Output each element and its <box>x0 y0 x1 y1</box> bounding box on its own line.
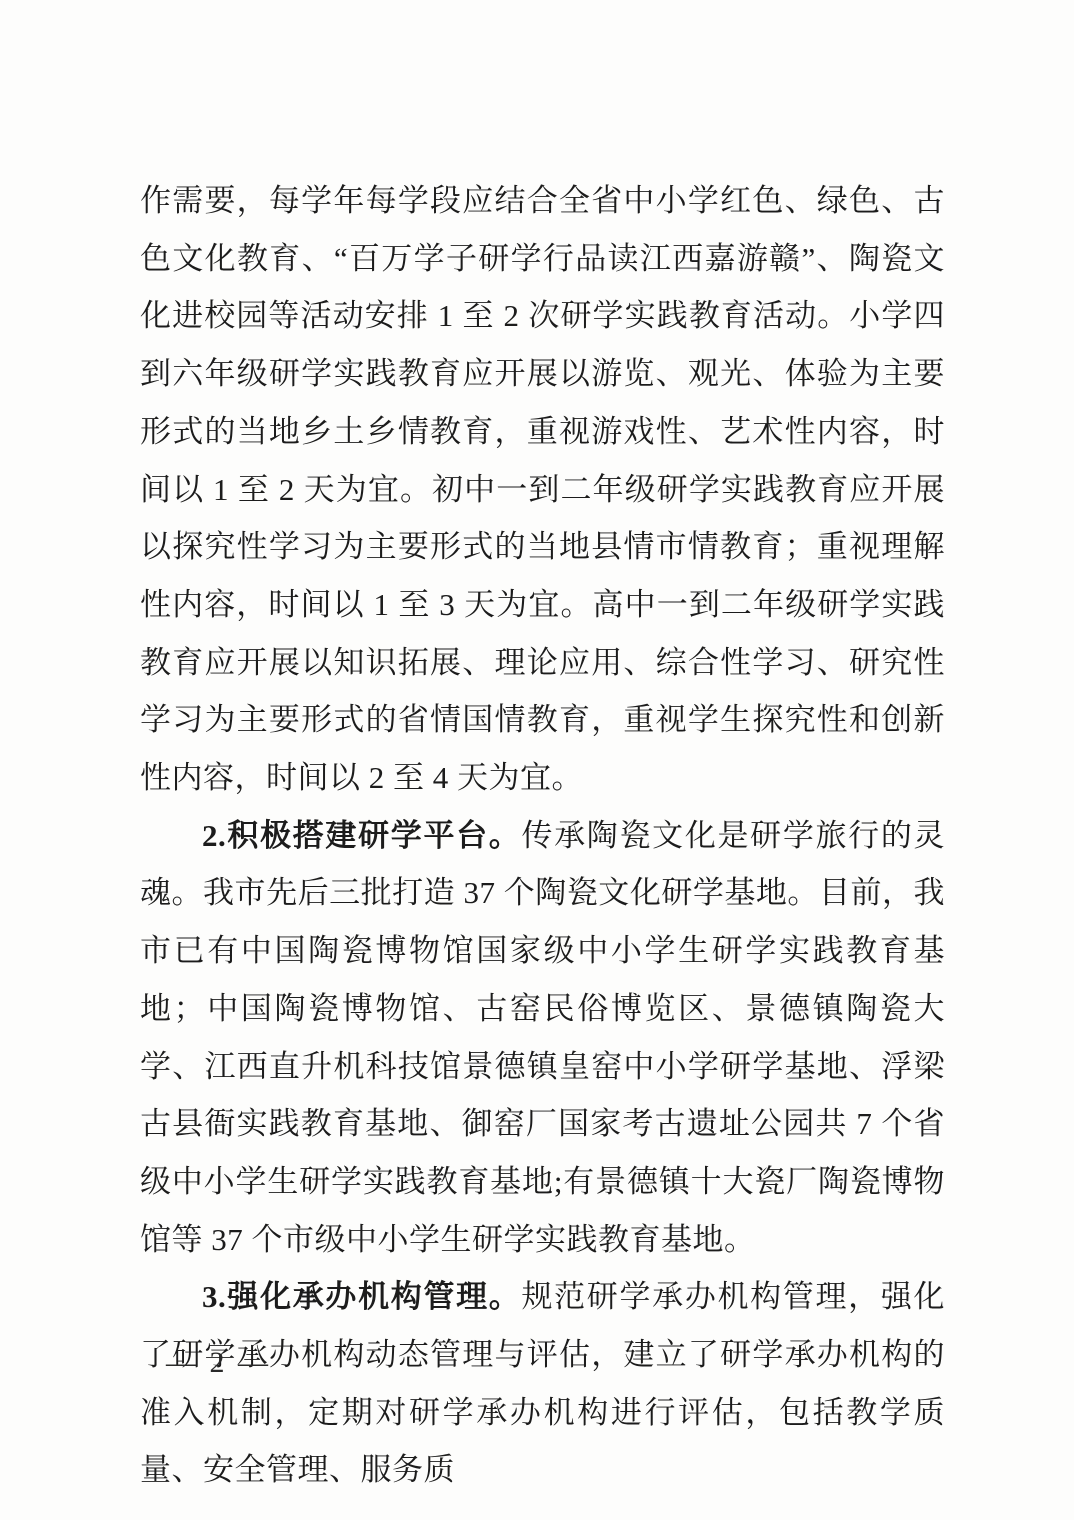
paragraph-item-2: 2.积极搭建研学平台。传承陶瓷文化是研学旅行的灵魂。我市先后三批打造 37 个陶… <box>140 807 945 1269</box>
paragraph-lead: 2.积极搭建研学平台。 <box>202 818 521 853</box>
page-number: — 2 — <box>166 1346 271 1380</box>
document-body: 作需要，每学年每学段应结合全省中小学红色、绿色、古色文化教育、“百万学子研学行品… <box>140 172 945 1499</box>
paragraph-lead: 3.强化承办机构管理。 <box>202 1279 521 1314</box>
paragraph-continuation: 作需要，每学年每学段应结合全省中小学红色、绿色、古色文化教育、“百万学子研学行品… <box>140 172 945 807</box>
paragraph-text: 传承陶瓷文化是研学旅行的灵魂。我市先后三批打造 37 个陶瓷文化研学基地。目前，… <box>140 818 945 1257</box>
paragraph-text: 作需要，每学年每学段应结合全省中小学红色、绿色、古色文化教育、“百万学子研学行品… <box>140 183 945 795</box>
paragraph-item-3: 3.强化承办机构管理。规范研学承办机构管理，强化了研学承办机构动态管理与评估，建… <box>140 1268 945 1499</box>
document-page: 作需要，每学年每学段应结合全省中小学红色、绿色、古色文化教育、“百万学子研学行品… <box>0 0 1074 1520</box>
